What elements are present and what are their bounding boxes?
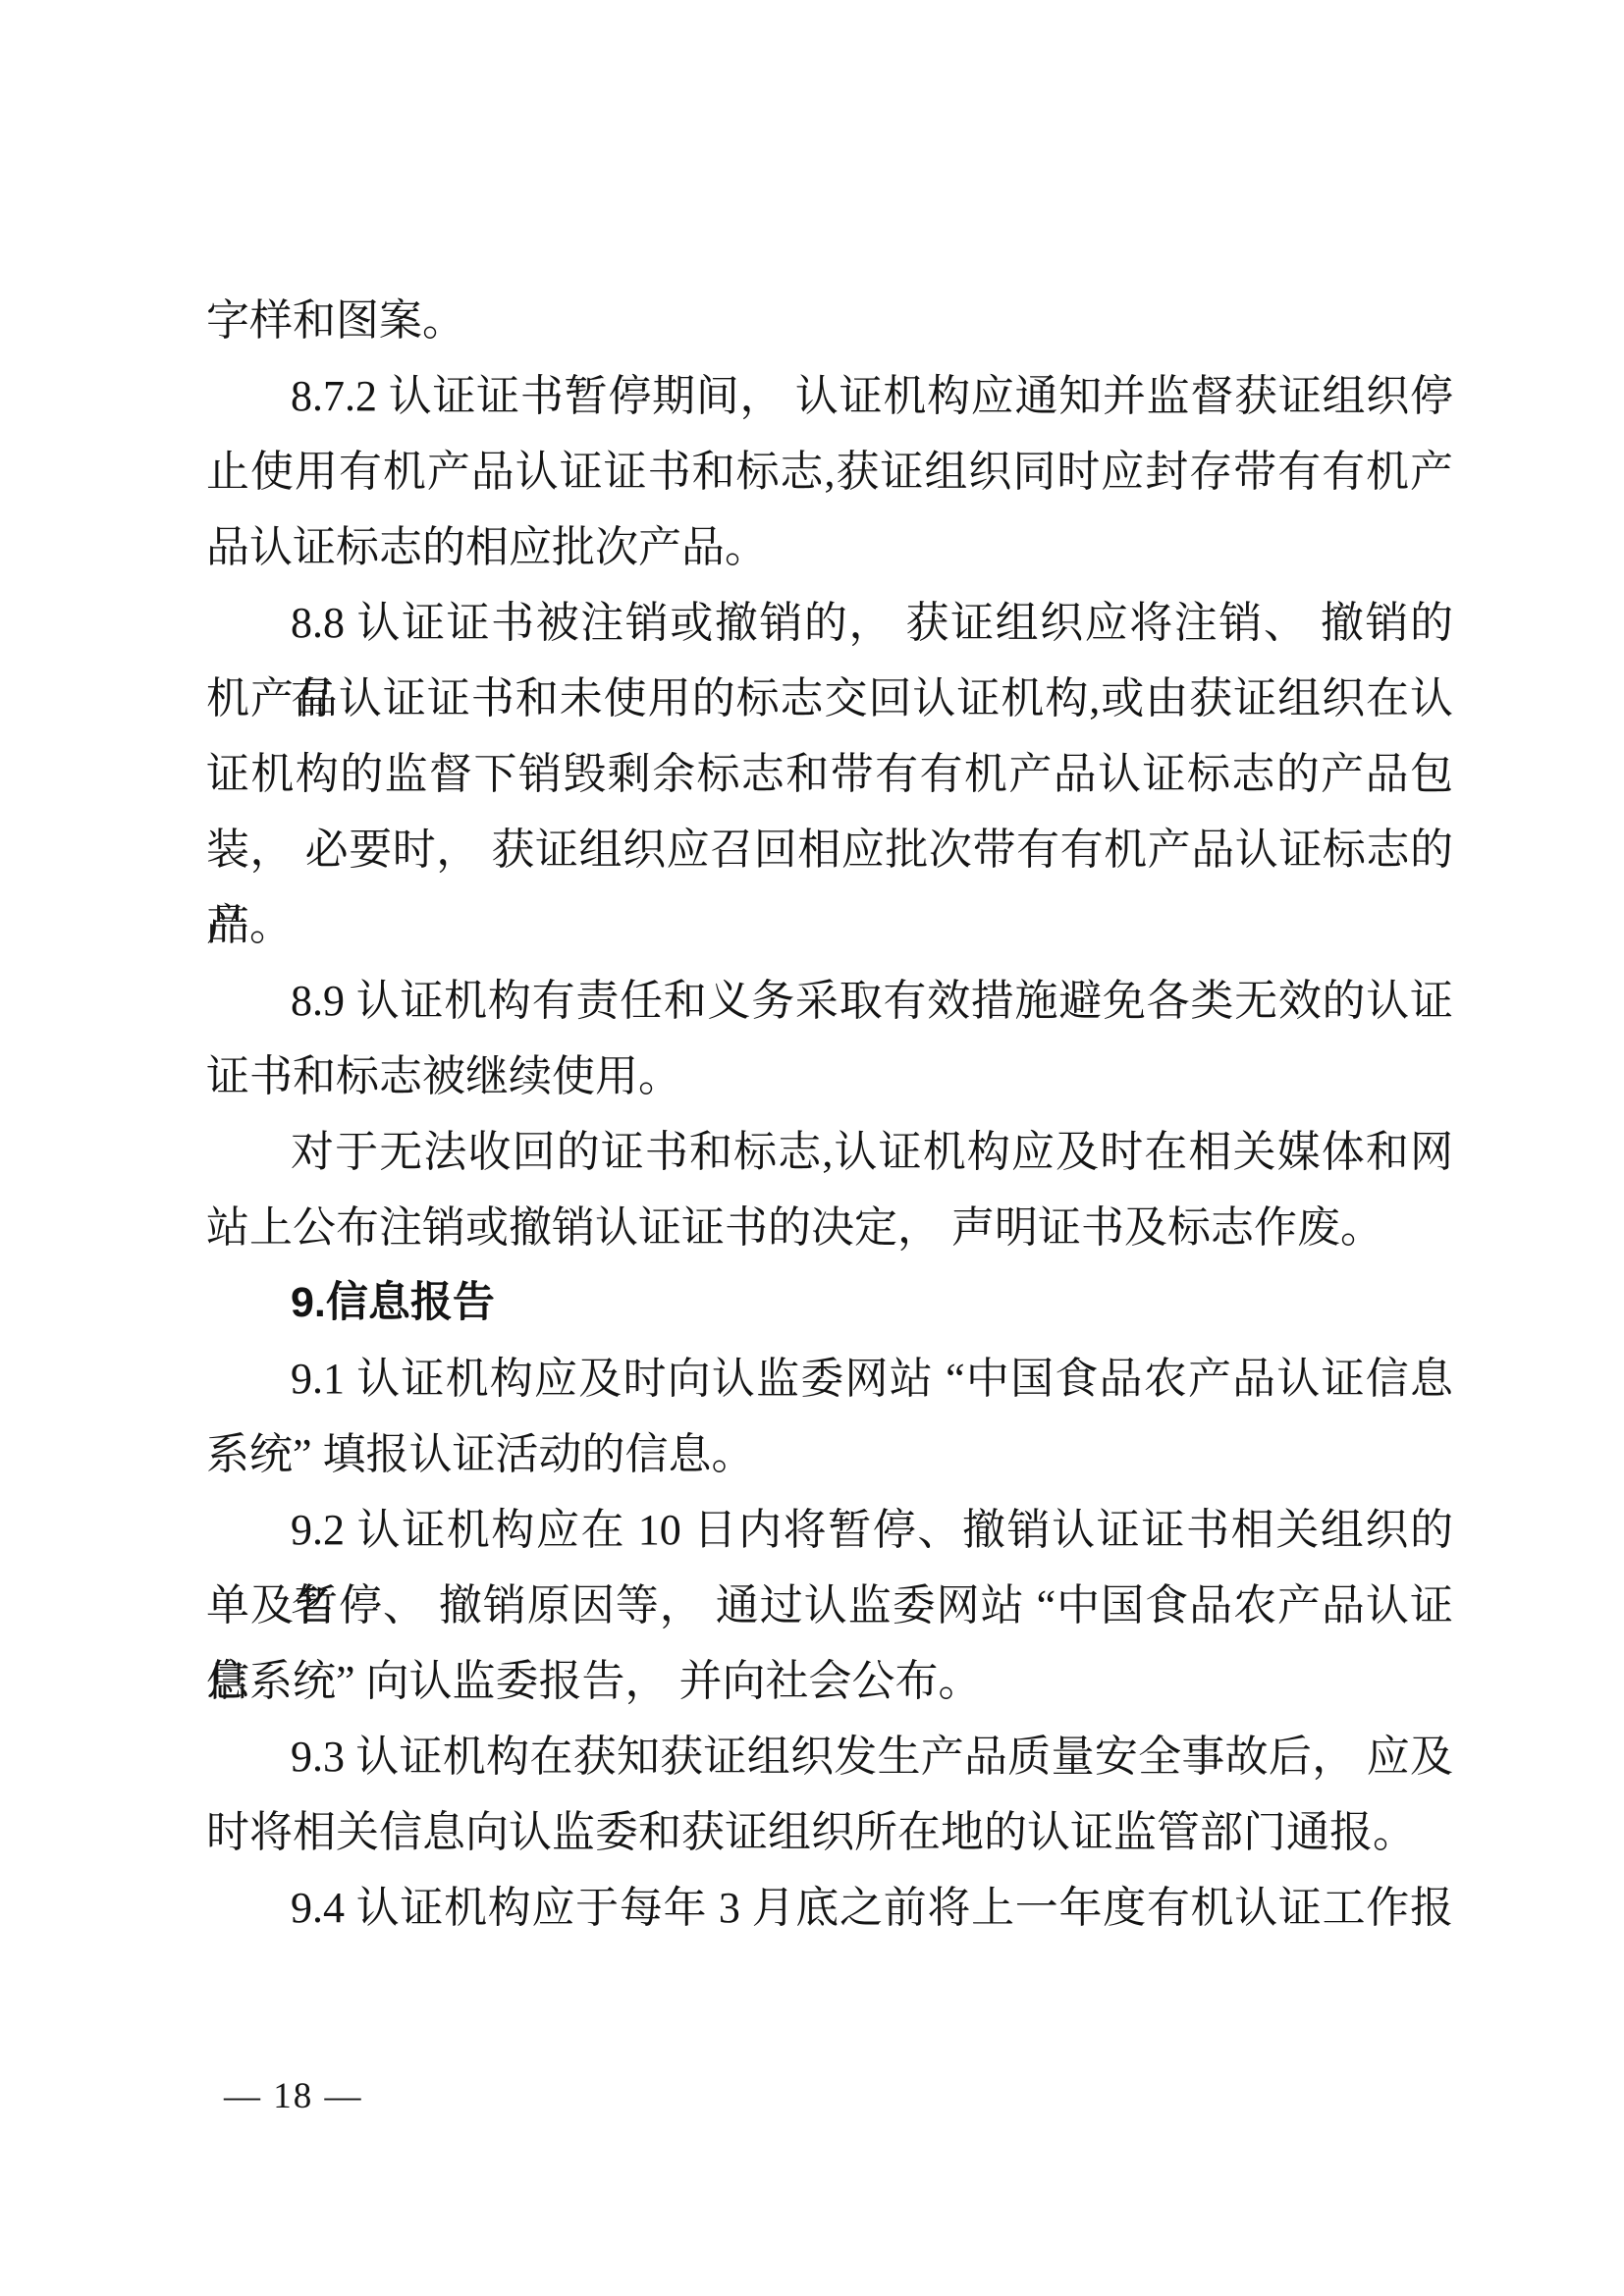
text-line: 机产品认证证书和未使用的标志交回认证机构,或由获证组织在认 [206,661,1453,736]
section-heading-9: 9.信息报告 [206,1265,1453,1341]
text-line: 止使用有机产品认证证书和标志,获证组织同时应封存带有有机产 [206,434,1453,509]
text-line: 证书和标志被继续使用。 [206,1039,1453,1114]
text-line: 站上公布注销或撤销认证证书的决定， 声明证书及标志作废。 [206,1190,1453,1265]
text-line-section-9-4: 9.4 认证机构应于每年 3 月底之前将上一年度有机认证工作报 [206,1870,1453,1946]
text-line: 单及暂停、 撤销原因等， 通过认监委网站 “中国食品农产品认证信 [206,1568,1453,1643]
text-line: 装， 必要时， 获证组织应召回相应批次带有有机产品认证标志的产 [206,812,1453,887]
text-line-section-8-7-2: 8.7.2 认证证书暂停期间， 认证机构应通知并监督获证组织停 [206,358,1453,434]
text-line-section-9-2: 9.2 认证机构应在 10 日内将暂停、撤销认证证书相关组织的名 [206,1492,1453,1568]
page-number: — 18 — [224,2067,363,2126]
text-line: 息系统” 向认监委报告， 并向社会公布。 [206,1643,1453,1719]
text-line: 时将相关信息向认监委和获证组织所在地的认证监管部门通报。 [206,1794,1453,1870]
text-line-section-8-9: 8.9 认证机构有责任和义务采取有效措施避免各类无效的认证 [206,963,1453,1039]
text-line-section-9-1: 9.1 认证机构应及时向认监委网站 “中国食品农产品认证信息 [206,1341,1453,1416]
text-line: 品认证标志的相应批次产品。 [206,509,1453,585]
text-line: 证机构的监督下销毁剩余标志和带有有机产品认证标志的产品包 [206,736,1453,812]
text-line: 品。 [206,887,1453,963]
text-line: 对于无法收回的证书和标志,认证机构应及时在相关媒体和网 [206,1114,1453,1190]
document-body: 字样和图案。 8.7.2 认证证书暂停期间， 认证机构应通知并监督获证组织停 止… [206,283,1453,1946]
text-line: 系统” 填报认证活动的信息。 [206,1416,1453,1492]
document-page: 字样和图案。 8.7.2 认证证书暂停期间， 认证机构应通知并监督获证组织停 止… [0,0,1624,2296]
text-line-section-8-8: 8.8 认证证书被注销或撤销的， 获证组织应将注销、 撤销的有 [206,585,1453,661]
text-line-section-9-3: 9.3 认证机构在获知获证组织发生产品质量安全事故后， 应及 [206,1719,1453,1794]
text-line: 字样和图案。 [206,283,1453,358]
